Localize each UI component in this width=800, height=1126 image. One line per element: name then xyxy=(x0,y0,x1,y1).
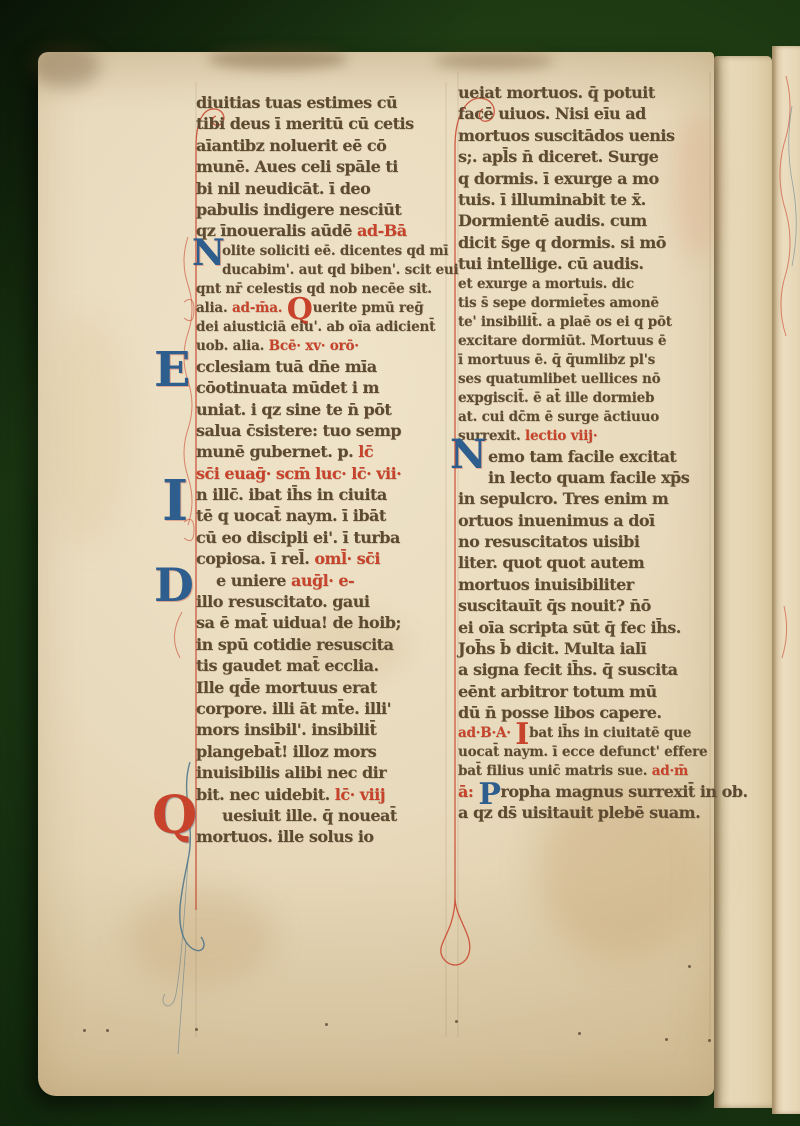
manuscript-text-line: suscitauīt q̄s nouit? n̄ō xyxy=(458,595,714,616)
rubric-text: lc̄ xyxy=(358,442,373,461)
manuscript-text-line: ortuos inuenimus a doī xyxy=(458,510,714,531)
rubric-text: ad·m̄ xyxy=(652,763,688,779)
body-text: e uniere xyxy=(216,571,291,590)
manuscript-text-line: q dormis. ī exurge a mo xyxy=(458,168,714,189)
rubric-text: ad-Bā xyxy=(357,221,407,240)
manuscript-text-line: te' insibilit̄. a plaē os ei q pōt xyxy=(458,313,714,332)
manuscript-text-line: bit. nec uidebit. lc̄· viij xyxy=(196,784,448,805)
manuscript-text-line: qnt nr̄ celestis qd nob necēe sit. xyxy=(196,280,448,299)
pricking-dot xyxy=(708,1039,711,1042)
manuscript-text-line: s;. apl̄s n̄ diceret. Surge xyxy=(458,146,714,167)
manuscript-text-line: in spū cotidie resuscita xyxy=(196,634,448,655)
body-text: uniat. i qz sine te n̄ pōt xyxy=(196,400,391,419)
illuminated-initial-E: E xyxy=(154,350,191,391)
manuscript-text-line: emo tam facile excitat xyxy=(458,446,714,467)
manuscript-text-line: at. cui dc̄m ē surge āctiuuo xyxy=(458,408,714,427)
next-folio-edge xyxy=(714,56,772,1108)
rubric-text: ad·B·A· xyxy=(458,725,515,741)
body-text: bit. nec uidebit. xyxy=(196,785,335,804)
rubric-text: ad-m̄a. xyxy=(232,300,287,316)
body-text: suscitauīt q̄s nouit? n̄ō xyxy=(458,596,651,615)
manuscript-text-line: Dormientē audis. cum xyxy=(458,210,714,231)
body-text: cū eo discipli ei'. ī turba xyxy=(196,528,400,547)
body-text: s;. apl̄s n̄ diceret. Surge xyxy=(458,147,658,166)
manuscript-text-line: qz īnoueralis aūdē ad-Bā xyxy=(196,220,448,241)
text-column-left: diuitias tuas estimes cūtibi deus ī meri… xyxy=(196,92,448,848)
body-text: munē. Aues celi spāle ti xyxy=(196,157,398,176)
body-text: tis gaudet mat̄ ecclia. xyxy=(196,656,379,675)
manuscript-text-line: dū n̄ posse libos capere. xyxy=(458,702,714,723)
body-text: in sepulcro. Tres enim m xyxy=(458,489,668,508)
manuscript-text-line: bi nil neudicāt. ī deo xyxy=(196,178,448,199)
manuscript-text-line: ei oīa scripta sūt q̄ fec ih̄s. xyxy=(458,617,714,638)
manuscript-text-line: Joh̄s b̄ dicit. Multa ialī xyxy=(458,638,714,659)
manuscript-text-line: liter. quot quot autem xyxy=(458,552,714,573)
body-text: ropha magnus surrexit̄ in ob. xyxy=(500,782,747,801)
body-text: et exurge a mortuis. dic xyxy=(458,276,634,292)
pricking-dot xyxy=(578,1032,581,1035)
manuscript-text-line: dei aiusticiā eiu'. ab oīa adicient̄ xyxy=(196,318,448,337)
rubric-text: sc̄i euaḡ· scm̄ luc· lc̄· vii· xyxy=(196,464,401,483)
body-text: in lecto quam facile xp̄s xyxy=(488,468,689,487)
manuscript-text-line: cōotinuata mūdet i m xyxy=(196,377,448,398)
manuscript-text-line: no resuscitatos uisibi xyxy=(458,531,714,552)
rubric-text: ā: xyxy=(458,782,478,801)
manuscript-text-line: olite soliciti eē. dicentes qd mī xyxy=(196,242,448,261)
body-text: corpore. illi āt mt̄e. illi' xyxy=(196,699,391,718)
pricking-dot xyxy=(688,965,691,968)
red-ruling-loop-bottom xyxy=(441,897,470,965)
pricking-dot xyxy=(665,1038,668,1041)
manuscript-text-line: surrexit. lectio viij· xyxy=(458,427,714,446)
manuscript-text-line: n illc̄. ibat ih̄s in ciuita xyxy=(196,484,448,505)
manuscript-text-line: tibi deus ī meritū cū cetis xyxy=(196,113,448,134)
manuscript-text-line: uniat. i qz sine te n̄ pōt xyxy=(196,399,448,420)
manuscript-text-line: inuisibilis alibi nec dir xyxy=(196,762,448,783)
body-text: ortuos inuenimus a doī xyxy=(458,511,655,530)
body-text: copiosa. ī rel̄. xyxy=(196,549,314,568)
body-text: Ille qd̄e mortuus erat xyxy=(196,678,377,697)
manuscript-text-line: plangebat̄! illoz mors xyxy=(196,741,448,762)
illuminated-initial-N: N xyxy=(450,438,487,472)
manuscript-text-line: pabulis indigere nesciūt xyxy=(196,199,448,220)
manuscript-text-line: ā: Propha magnus surrexit̄ in ob. xyxy=(458,781,714,802)
pricking-dot xyxy=(106,1029,109,1032)
manuscript-text-line: in lecto quam facile xp̄s xyxy=(458,467,714,488)
body-text: cōotinuata mūdet i m xyxy=(196,378,379,397)
body-text: liter. quot quot autem xyxy=(458,553,644,572)
body-text: uob. alia. xyxy=(196,338,269,354)
pricking-dot xyxy=(325,1023,328,1026)
parchment-stain xyxy=(434,52,554,70)
manuscript-text-line: a signa fecit ih̄s. q̄ suscita xyxy=(458,659,714,680)
manuscript-text-line: munē gubernet. p. lc̄ xyxy=(196,441,448,462)
body-text: expgiscit̄. ē at̄ ille dormieb xyxy=(458,390,654,406)
body-text: uerite pmū reḡ xyxy=(313,300,424,316)
manuscript-text-line: sa ē mat̄ uidua! de hoib; xyxy=(196,612,448,633)
body-text: salua c̄sistere: tuo semp xyxy=(196,421,401,440)
body-text: qnt nr̄ celestis qd nob necēe sit. xyxy=(196,281,432,297)
manuscript-text-line: uob. alia. Bcē· xv· orō· xyxy=(196,337,448,356)
body-text: tuis. ī illuminabit te x̄. xyxy=(458,190,646,209)
body-text: at. cui dc̄m ē surge āctiuuo xyxy=(458,409,659,425)
manuscript-text-line: facē uiuos. Nisi eīu ad xyxy=(458,103,714,124)
body-text: ī mortuus ē. q̄ q̄umlibz pl's xyxy=(458,352,655,368)
manuscript-text-line: cclesiam tuā dn̄e mīa xyxy=(196,356,448,377)
body-text: aīantibz noluerit eē cō xyxy=(196,136,386,155)
body-text: munē gubernet. p. xyxy=(196,442,358,461)
parchment-stain xyxy=(126,888,276,984)
manuscript-text-line: sc̄i euaḡ· scm̄ luc· lc̄· vii· xyxy=(196,463,448,484)
body-text: n illc̄. ibat ih̄s in ciuita xyxy=(196,485,387,504)
body-text: in spū cotidie resuscita xyxy=(196,635,393,654)
illuminated-initial-Q: Q xyxy=(152,794,197,838)
body-text: a qz ds̄ uisitauit plebē suam. xyxy=(458,803,700,822)
pricking-dot xyxy=(195,1028,198,1031)
manuscript-text-line: tuis. ī illuminabit te x̄. xyxy=(458,189,714,210)
body-text: dicit s̄ge q dormis. si mō xyxy=(458,233,666,252)
manuscript-text-line: tis gaudet mat̄ ecclia. xyxy=(196,655,448,676)
manuscript-text-line: tis s̄ sepe dormiet̄es amonē xyxy=(458,294,714,313)
body-text: emo tam facile excitat xyxy=(488,447,676,466)
body-text: alia. xyxy=(196,300,232,316)
manuscript-text-line: ses quatumlibet uellices nō xyxy=(458,370,714,389)
body-text: dū n̄ posse libos capere. xyxy=(458,703,661,722)
body-text: tibi deus ī meritū cū cetis xyxy=(196,114,414,133)
illuminated-initial-D: D xyxy=(154,566,194,605)
body-text: plangebat̄! illoz mors xyxy=(196,742,376,761)
rubric-text: lectio viij· xyxy=(525,428,597,444)
manuscript-text-line: tui intellige. cū audis. xyxy=(458,253,714,274)
bleedthrough-decoration xyxy=(772,46,800,1114)
body-text: mortuos. ille solus io xyxy=(196,827,374,846)
body-text: eēnt arbitror totum mū xyxy=(458,682,657,701)
body-text: sa ē mat̄ uidua! de hoib; xyxy=(196,613,401,632)
body-text: inuisibilis alibi nec dir xyxy=(196,763,386,782)
body-text: uocat̄ naym. ī ecce defunct' effere xyxy=(458,744,707,760)
manuscript-text-line: eēnt arbitror totum mū xyxy=(458,681,714,702)
manuscript-text-line: diuitias tuas estimes cū xyxy=(196,92,448,113)
manuscript-text-line: corpore. illi āt mt̄e. illi' xyxy=(196,698,448,719)
body-text: uesiuit ille. q̄ noueat̄ xyxy=(222,806,397,825)
pricking-dot xyxy=(83,1029,86,1032)
manuscript-text-line: salua c̄sistere: tuo semp xyxy=(196,420,448,441)
manuscript-text-line: dicit s̄ge q dormis. si mō xyxy=(458,232,714,253)
body-text: Dormientē audis. cum xyxy=(458,211,647,230)
manuscript-page: diuitias tuas estimes cūtibi deus ī meri… xyxy=(38,52,714,1096)
manuscript-text-line: ī mortuus ē. q̄ q̄umlibz pl's xyxy=(458,351,714,370)
manuscript-text-line: mortuos. ille solus io xyxy=(196,826,448,847)
body-text: pabulis indigere nesciūt xyxy=(196,200,401,219)
manuscript-text-line: e uniere auḡl· e- xyxy=(196,570,448,591)
outer-folio-edge xyxy=(772,46,800,1114)
manuscript-text-line: illo resuscitato. gaui xyxy=(196,591,448,612)
parchment-stain xyxy=(208,48,348,70)
body-text: q dormis. ī exurge a mo xyxy=(458,169,659,188)
manuscript-text-line: mortuos suscitādos uenis xyxy=(458,125,714,146)
body-text: ueiat mortuos. q̄ potuit xyxy=(458,83,655,102)
body-text: olite soliciti eē. dicentes qd mī xyxy=(222,243,448,259)
body-text: Joh̄s b̄ dicit. Multa ialī xyxy=(458,639,646,658)
manuscript-text-line: tē q uocat̄ naym. ī ibāt xyxy=(196,505,448,526)
body-text: no resuscitatos uisibi xyxy=(458,532,639,551)
manuscript-text-line: uesiuit ille. q̄ noueat̄ xyxy=(196,805,448,826)
manuscript-text-line: copiosa. ī rel̄. oml̄· sc̄i xyxy=(196,548,448,569)
rubric-text: oml̄· sc̄i xyxy=(314,549,380,568)
body-text: diuitias tuas estimes cū xyxy=(196,93,397,112)
parchment-stain xyxy=(46,314,126,544)
body-text: facē uiuos. Nisi eīu ad xyxy=(458,104,646,123)
manuscript-text-line: mors insibil'. insibilit̄ xyxy=(196,719,448,740)
rubric-text: auḡl· e- xyxy=(291,571,354,590)
manuscript-text-line: alia. ad-m̄a. Querite pmū reḡ xyxy=(196,299,448,318)
manuscript-text-line: cū eo discipli ei'. ī turba xyxy=(196,527,448,548)
body-text: a signa fecit ih̄s. q̄ suscita xyxy=(458,660,677,679)
manuscript-text-line: excitare dormiūt. Mortuus ē xyxy=(458,332,714,351)
rubric-text: lc̄· viij xyxy=(335,785,385,804)
illuminated-initial-I: I xyxy=(162,478,188,526)
body-text: ducabim'. aut qd biben'. scit eui xyxy=(222,262,458,278)
manuscript-text-line: a qz ds̄ uisitauit plebē suam. xyxy=(458,802,714,823)
body-text: bi nil neudicāt. ī deo xyxy=(196,179,370,198)
body-text: mortuos suscitādos uenis xyxy=(458,126,675,145)
text-column-right: ueiat mortuos. q̄ potuitfacē uiuos. Nisi… xyxy=(458,82,714,823)
body-text: tis s̄ sepe dormiet̄es amonē xyxy=(458,295,659,311)
manuscript-text-line: mortuos inuisibiliter xyxy=(458,574,714,595)
manuscript-text-line: ad·B·A· Ibat ih̄s in ciuitatē que xyxy=(458,724,714,743)
manuscript-text-line: aīantibz noluerit eē cō xyxy=(196,135,448,156)
body-text: ses quatumlibet uellices nō xyxy=(458,371,660,387)
manuscript-text-line: Ille qd̄e mortuus erat xyxy=(196,677,448,698)
manuscript-text-line: ducabim'. aut qd biben'. scit eui xyxy=(196,261,448,280)
rubric-text: Bcē· xv· orō· xyxy=(269,338,359,354)
body-text: excitare dormiūt. Mortuus ē xyxy=(458,333,666,349)
manuscript-text-line: in sepulcro. Tres enim m xyxy=(458,488,714,509)
body-text: ei oīa scripta sūt q̄ fec ih̄s. xyxy=(458,618,681,637)
body-text: mors insibil'. insibilit̄ xyxy=(196,720,376,739)
body-text: cclesiam tuā dn̄e mīa xyxy=(196,357,377,376)
body-text: tui intellige. cū audis. xyxy=(458,254,643,273)
body-text: dei aiusticiā eiu'. ab oīa adicient̄ xyxy=(196,319,435,335)
illuminated-initial-N: N xyxy=(192,238,225,269)
manuscript-text-line: ueiat mortuos. q̄ potuit xyxy=(458,82,714,103)
manuscript-text-line: munē. Aues celi spāle ti xyxy=(196,156,448,177)
manuscript-text-line: et exurge a mortuis. dic xyxy=(458,275,714,294)
pricking-dot xyxy=(455,1020,458,1023)
body-text: bat ih̄s in ciuitatē que xyxy=(529,725,691,741)
manuscript-text-line: uocat̄ naym. ī ecce defunct' effere xyxy=(458,743,714,762)
body-text: illo resuscitato. gaui xyxy=(196,592,370,611)
manuscript-text-line: expgiscit̄. ē at̄ ille dormieb xyxy=(458,389,714,408)
body-text: mortuos inuisibiliter xyxy=(458,575,634,594)
body-text: te' insibilit̄. a plaē os ei q pōt xyxy=(458,314,672,330)
body-text: tē q uocat̄ naym. ī ibāt xyxy=(196,506,386,525)
